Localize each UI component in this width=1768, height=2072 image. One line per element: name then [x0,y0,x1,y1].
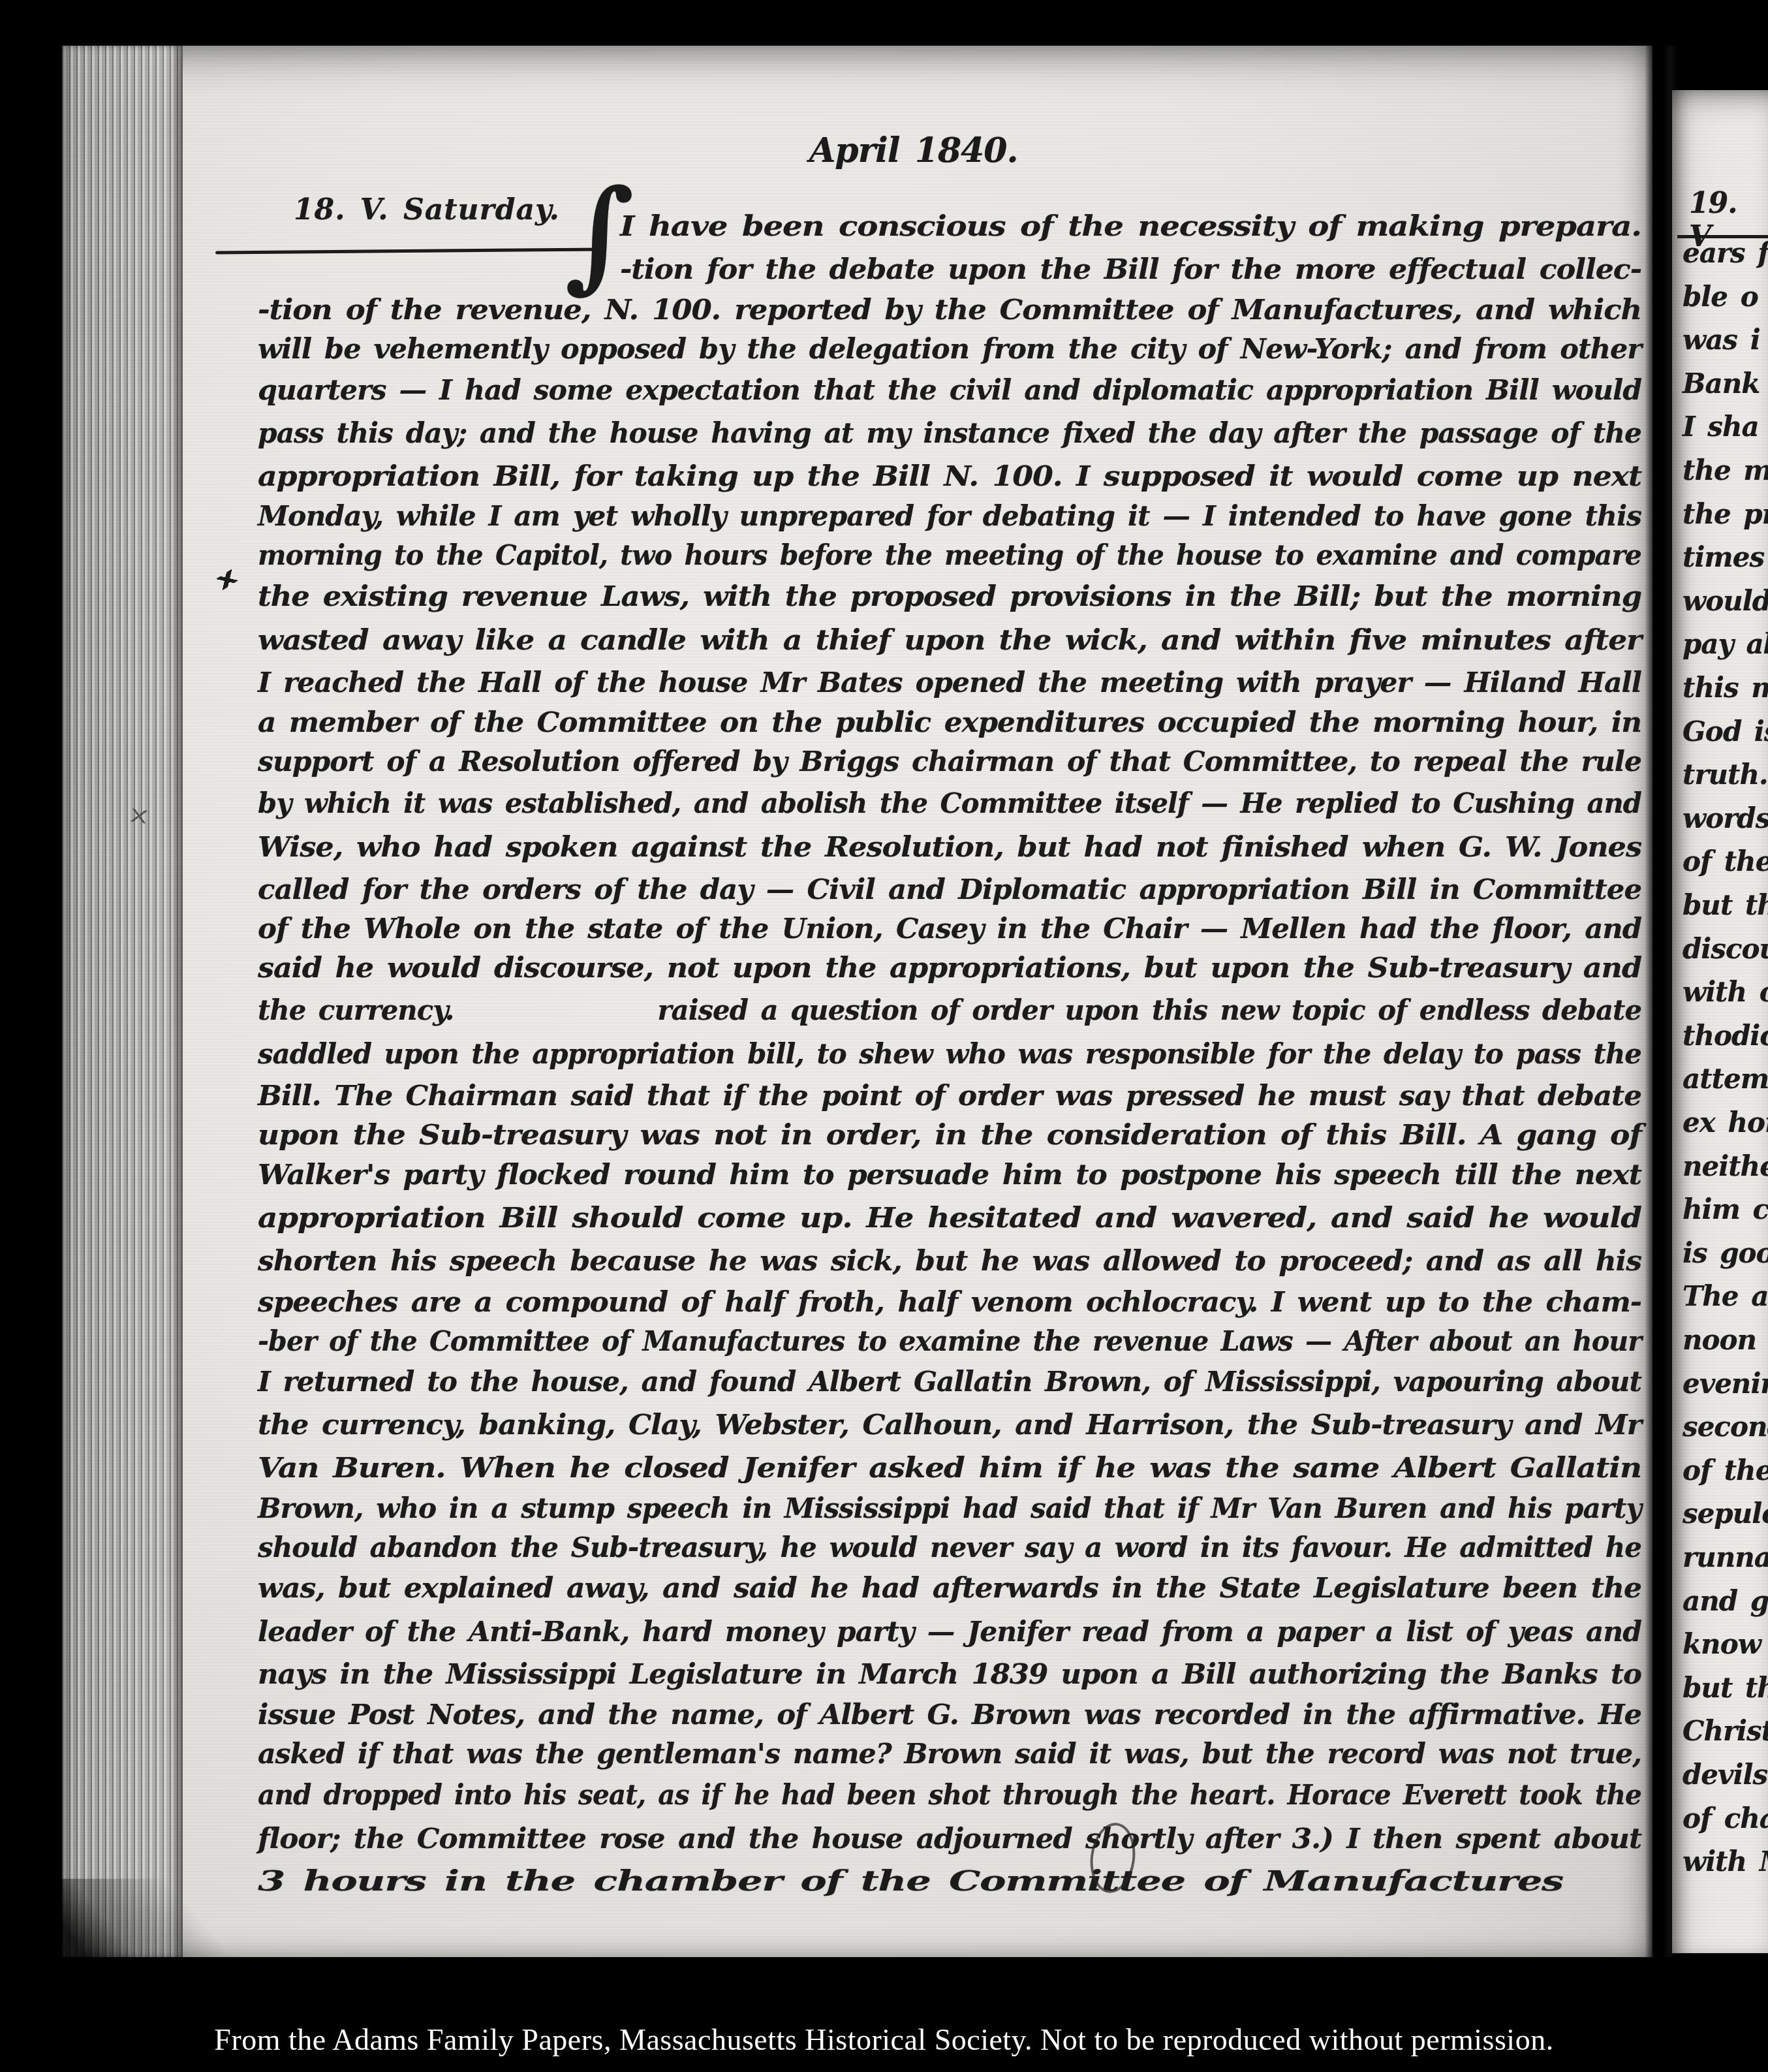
manuscript-line: the currency, banking, Clay, Webster, Ca… [258,1409,1574,1441]
manuscript-line: 3 hours in the chamber of the Committee … [258,1865,1158,1897]
diary-right-page: 19. V ears fble owas iBankI shathe mthe … [1672,90,1768,1953]
manuscript-fragment: ble o [1683,281,1758,313]
manuscript-line: appropriation Bill should come up. He he… [258,1202,1495,1234]
manuscript-fragment: God is [1683,715,1768,747]
manuscript-fragment: noon I [1683,1324,1768,1356]
manuscript-line: upon the Sub-treasury was not in order, … [258,1119,1531,1151]
diary-left-page: April 1840. 18. V. Saturday. ∫ I have be… [62,46,1652,1957]
manuscript-line: nays in the Mississippi Legislature in M… [258,1658,1596,1690]
manuscript-fragment: devils u [1683,1759,1768,1791]
manuscript-fragment: this m [1683,672,1768,704]
manuscript-lines: I have been conscious of the necessity o… [62,46,1652,1957]
manuscript-fragment: attemp [1683,1063,1768,1095]
manuscript-fragment: thodic [1683,1020,1768,1052]
photo-caption: From the Adams Family Papers, Massachuse… [0,2022,1768,2057]
manuscript-line: morning to the Capitol, two hours before… [258,539,1671,571]
manuscript-line: was, but explained away, and said he had… [258,1572,1576,1604]
manuscript-line: leader of the Anti-Bank, hard money part… [258,1616,1623,1648]
manuscript-fragment: sepulch [1683,1498,1768,1530]
manuscript-line: Brown, who in a stump speech in Mississi… [258,1492,1637,1524]
manuscript-line: and dropped into his seat, as if he had … [258,1779,1686,1811]
manuscript-line: said he would discourse, not upon the ap… [258,952,1563,984]
manuscript-line: Walker's party flocked round him to pers… [258,1159,1581,1191]
manuscript-line: Monday, while I am yet wholly unprepared… [258,500,1624,532]
manuscript-fragment: ears f [1683,237,1768,269]
manuscript-fragment: and ga [1683,1585,1768,1617]
manuscript-line: shorten his speech because he was sick, … [258,1245,1578,1277]
manuscript-fragment: truth. [1683,759,1768,791]
manuscript-line: floor; the Committee rose and the house … [258,1823,1590,1855]
manuscript-line: pass this day; and the house having at m… [258,417,1629,449]
manuscript-line: Van Buren. When he closed Jenifer asked … [258,1452,1496,1484]
manuscript-fragment: but the [1683,1672,1768,1704]
manuscript-line: support of a Resolution offered by Brigg… [258,746,1626,777]
manuscript-line: I reached the Hall of the house Mr Bates… [258,667,1619,699]
manuscript-fragment: but the [1683,889,1768,921]
manuscript-fragment: of the c [1683,845,1768,877]
manuscript-fragment: is good [1683,1237,1768,1269]
manuscript-line: Bill. The Chairman said that if the poin… [258,1080,1588,1112]
manuscript-fragment: times w [1683,541,1768,573]
manuscript-line: the existing revenue Laws, with the prop… [258,580,1551,612]
manuscript-fragment: Christ h [1683,1715,1768,1747]
manuscript-fragment: of chan [1683,1802,1768,1834]
manuscript-fragment: evenin [1683,1368,1768,1400]
manuscript-fragment: with ou [1683,976,1768,1008]
manuscript-line: the currency. raised a question of order… [258,994,1649,1026]
manuscript-fragment: know v [1683,1628,1768,1660]
scanned-diary-photograph: April 1840. 18. V. Saturday. ∫ I have be… [0,0,1768,2072]
manuscript-line: a member of the Committee on the public … [258,706,1586,738]
manuscript-fragment: pay abl [1683,628,1768,660]
manuscript-line: will be vehemently opposed by the delega… [258,333,1608,365]
manuscript-fragment: ex hor [1683,1107,1768,1138]
pencil-x-mark [131,808,148,823]
manuscript-line: -tion of the revenue, N. 100. reported b… [258,294,1552,326]
manuscript-line: wasted away like a candle with a thief u… [258,624,1534,656]
manuscript-fragment: second [1683,1411,1768,1443]
manuscript-line: issue Post Notes, and the name, of Alber… [258,1699,1601,1731]
manuscript-line: of the Whole on the state of the Union, … [258,913,1598,945]
manuscript-fragment: of the w [1683,1454,1768,1486]
manuscript-line: quarters — I had some expectation that t… [258,374,1618,406]
manuscript-line: Wise, who had spoken against the Resolut… [258,831,1559,863]
manuscript-fragment: I sha [1683,411,1759,443]
manuscript-fragment: him co [1683,1193,1768,1225]
manuscript-fragment: runna [1683,1541,1768,1573]
manuscript-line: I returned to the house, and found Alber… [258,1366,1632,1398]
manuscript-fragment: discou [1683,933,1768,965]
manuscript-fragment: the m [1683,454,1768,486]
manuscript-fragment: Bank [1683,368,1760,400]
manuscript-line: asked if that was the gentleman's name? … [258,1738,1621,1770]
manuscript-line: appropriation Bill, for taking up the Bi… [258,460,1526,492]
manuscript-line: by which it was established, and abolish… [258,787,1651,819]
manuscript-fragment: the pr [1683,498,1768,530]
manuscript-fragment: with M [1683,1845,1768,1877]
manuscript-fragment: words u [1683,802,1768,834]
manuscript-fragment: neithe [1683,1150,1768,1182]
manuscript-line: -ber of the Committee of Manufactures to… [258,1325,1669,1357]
manuscript-line: -tion for the debate upon the Bill for t… [620,253,1589,285]
manuscript-line: should abandon the Sub-treasury, he woul… [258,1531,1642,1563]
manuscript-fragment: was i [1683,324,1760,356]
manuscript-line: called for the orders of the day — Civil… [258,873,1595,905]
manuscript-line: I have been conscious of the necessity o… [620,210,1510,242]
manuscript-line: saddled upon the appropriation bill, to … [258,1038,1646,1070]
manuscript-line: speeches are a compound of half froth, h… [258,1286,1581,1318]
manuscript-fragment: The au [1683,1280,1768,1312]
manuscript-fragment: would [1683,585,1768,617]
